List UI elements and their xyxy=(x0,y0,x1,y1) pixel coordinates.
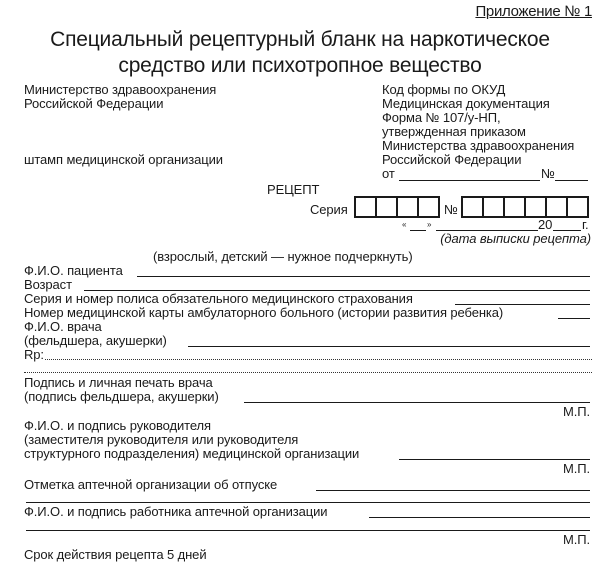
appendix-label: Приложение № 1 xyxy=(475,3,592,20)
rp-label: Rp: xyxy=(24,348,44,362)
rp-field-line2[interactable] xyxy=(24,372,592,373)
pharmacy-mark-label: Отметка аптечной организации об отпуске xyxy=(24,478,277,492)
head-label-line1: Ф.И.О. и подпись руководителя xyxy=(24,419,211,433)
number-cell[interactable] xyxy=(526,198,547,216)
doctor-field[interactable] xyxy=(188,346,590,347)
signature-field[interactable] xyxy=(244,402,590,403)
pharmacy-mark-field-2[interactable] xyxy=(26,502,590,503)
okud-code: Код формы по ОКУД xyxy=(382,83,505,97)
stamp-place-1: М.П. xyxy=(563,405,590,419)
age-note: (взрослый, детский — нужное подчеркнуть) xyxy=(153,250,413,264)
day-field[interactable] xyxy=(410,230,426,231)
card-number-field[interactable] xyxy=(558,318,590,319)
number-cell[interactable] xyxy=(505,198,526,216)
order-number-field[interactable] xyxy=(555,180,588,181)
signature-label-line1: Подпись и личная печать врача xyxy=(24,376,213,390)
number-cell[interactable] xyxy=(484,198,505,216)
number-cell[interactable] xyxy=(547,198,568,216)
recipe-heading: РЕЦЕПТ xyxy=(267,183,319,197)
order-date-field[interactable] xyxy=(399,180,540,181)
head-label-line3: структурного подразделения) медицинской … xyxy=(24,447,359,461)
stamp-place-2: М.П. xyxy=(563,462,590,476)
doctor-label-line2: (фельдшера, акушерки) xyxy=(24,334,167,348)
order-number-label: № xyxy=(541,167,555,181)
approved-by: утвержденная приказом xyxy=(382,125,526,139)
rp-field-line1[interactable] xyxy=(45,359,592,360)
pharmacy-worker-label: Ф.И.О. и подпись работника аптечной орга… xyxy=(24,505,327,519)
series-cell[interactable] xyxy=(377,198,398,216)
number-cell[interactable] xyxy=(568,198,587,216)
year-prefix: 20 xyxy=(538,218,552,232)
insurance-label: Серия и номер полиса обязательного медиц… xyxy=(24,292,413,306)
series-boxes[interactable] xyxy=(354,196,440,218)
recipe-number-label: № xyxy=(444,203,458,217)
patient-name-label: Ф.И.О. пациента xyxy=(24,264,123,278)
ministry-right-line2: Российской Федерации xyxy=(382,153,521,167)
series-cell[interactable] xyxy=(356,198,377,216)
series-label: Серия xyxy=(310,203,348,217)
med-doc: Медицинская документация xyxy=(382,97,550,111)
form-number: Форма № 107/у-НП, xyxy=(382,111,500,125)
form-title-line2: средство или психотропное вещество xyxy=(0,54,600,78)
order-from-label: от xyxy=(382,167,395,181)
head-signature-field[interactable] xyxy=(399,459,590,460)
patient-name-field[interactable] xyxy=(137,276,590,277)
stamp-label: штамп медицинской организации xyxy=(24,153,223,167)
stamp-place-3: М.П. xyxy=(563,533,590,547)
signature-label-line2: (подпись фельдшера, акушерки) xyxy=(24,390,219,404)
card-number-label: Номер медицинской карты амбулаторного бо… xyxy=(24,306,503,320)
series-cell[interactable] xyxy=(419,198,438,216)
doctor-label-line1: Ф.И.О. врача xyxy=(24,320,102,334)
validity-note: Срок действия рецепта 5 дней xyxy=(24,548,206,562)
series-cell[interactable] xyxy=(398,198,419,216)
head-label-line2: (заместителя руководителя или руководите… xyxy=(24,433,298,447)
pharmacy-worker-field-2[interactable] xyxy=(26,530,590,531)
ministry-line2: Российской Федерации xyxy=(24,97,163,111)
ministry-right-line1: Министерства здравоохранения xyxy=(382,139,574,153)
ministry-line1: Министерство здравоохранения xyxy=(24,83,216,97)
recipe-number-boxes[interactable] xyxy=(461,196,589,218)
age-label: Возраст xyxy=(24,278,72,292)
pharmacy-mark-field[interactable] xyxy=(316,490,590,491)
form-title-line1: Специальный рецептурный бланк на наркоти… xyxy=(0,28,600,52)
date-caption: (дата выписки рецепта) xyxy=(440,232,591,246)
quote-open: « xyxy=(402,220,406,229)
quote-close: » xyxy=(427,220,431,229)
pharmacy-worker-field[interactable] xyxy=(369,517,590,518)
number-cell[interactable] xyxy=(463,198,484,216)
year-suffix: г. xyxy=(582,218,589,232)
